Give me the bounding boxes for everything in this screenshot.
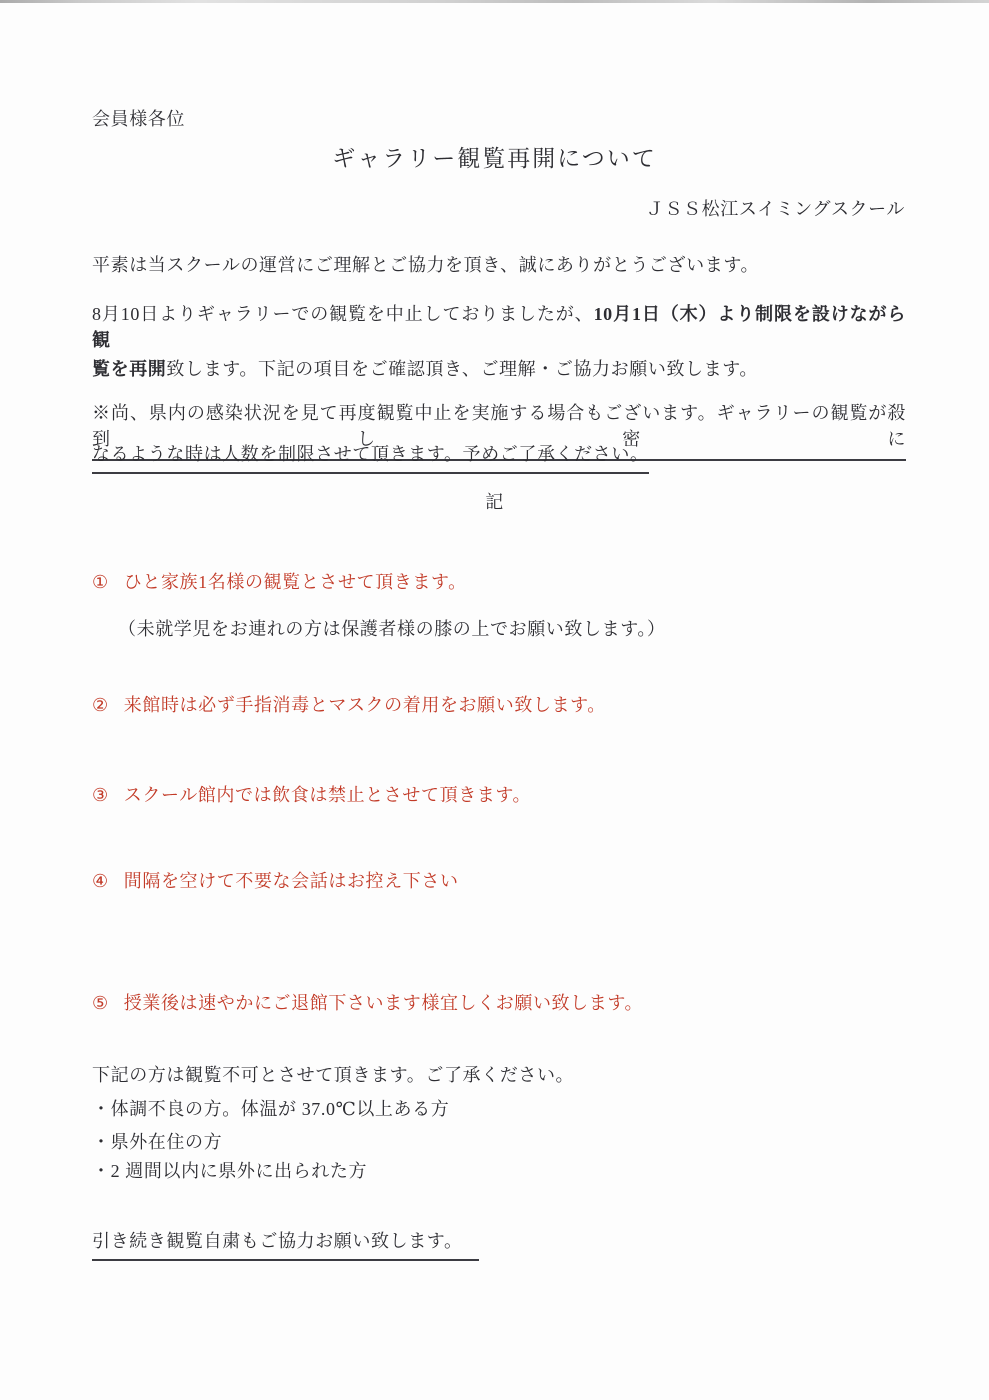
closing-underlined-line: 引き続き観覧自粛もご協力お願い致します。 — [92, 1228, 479, 1261]
rule-text-2: 来館時は必ず手指消毒とマスクの着用をお願い致します。 — [124, 692, 606, 718]
rule-number-4: ④ — [92, 868, 109, 894]
announcement-line-1: 8月10日よりギャラリーでの観覧を中止しておりましたが、10月1日（木）より制限… — [92, 301, 906, 353]
announcement-line-2: 覧を再開致します。下記の項目をご確認頂き、ご理解・ご協力お願い致します。 — [92, 356, 758, 382]
closing-line-text: 引き続き観覧自粛もご協力お願い致します。 — [92, 1228, 479, 1261]
scan-artifact-top-edge — [0, 0, 989, 3]
restriction-bullet-2: ・県外在住の方 — [92, 1129, 222, 1155]
rule-text-5: 授業後は速やかにご退館下さいます様宜しくお願い致します。 — [124, 990, 643, 1016]
restriction-bullet-3: ・2 週間以内に県外に出られた方 — [92, 1158, 367, 1184]
announcement-bold-segment-2: 覧を再開 — [92, 359, 166, 379]
rule-item-3: ③ スクール館内では飲食は禁止とさせて頂きます。 — [92, 782, 531, 808]
restriction-intro: 下記の方は観覧不可とさせて頂きます。ご了承ください。 — [92, 1062, 574, 1088]
rule-item-2: ② 来館時は必ず手指消毒とマスクの着用をお願い致します。 — [92, 692, 606, 718]
rule-1-note: （未就学児をお連れの方は保護者様の膝の上でお願い致します。） — [118, 616, 666, 642]
announcement-normal-segment-2: 致します。下記の項目をご確認頂き、ご理解・ご協力お願い致します。 — [166, 359, 758, 379]
rule-number-2: ② — [92, 692, 109, 718]
caution-line-2-text: なるような時は人数を制限させて頂きます。予めご了承ください。 — [92, 441, 649, 474]
rule-item-5: ⑤ 授業後は速やかにご退館下さいます様宜しくお願い致します。 — [92, 990, 643, 1016]
ki-section-marker: 記 — [0, 489, 989, 515]
caution-underlined-line-2: なるような時は人数を制限させて頂きます。予めご了承ください。 — [92, 441, 649, 474]
rule-number-3: ③ — [92, 782, 109, 808]
rule-text-3: スクール館内では飲食は禁止とさせて頂きます。 — [124, 782, 531, 808]
rule-number-5: ⑤ — [92, 990, 109, 1016]
announcement-normal-segment-1: 8月10日よりギャラリーでの観覧を中止しておりましたが、 — [92, 304, 594, 324]
restriction-bullet-1: ・体調不良の方。体温が 37.0℃以上ある方 — [92, 1096, 449, 1122]
rule-item-1: ① ひと家族1名様の観覧とさせて頂きます。 — [92, 569, 467, 595]
greeting-paragraph: 平素は当スクールの運営にご理解とご協力を頂き、誠にありがとうございます。 — [92, 252, 759, 278]
sender-line: ＪＳＳ松江スイミングスクール — [646, 196, 905, 222]
rule-text-1: ひと家族1名様の観覧とさせて頂きます。 — [124, 569, 467, 595]
recipient-line: 会員様各位 — [92, 106, 185, 132]
rule-number-1: ① — [92, 569, 109, 595]
rule-text-4: 間隔を空けて不要な会話はお控え下さい — [124, 868, 459, 894]
rule-item-4: ④ 間隔を空けて不要な会話はお控え下さい — [92, 868, 459, 894]
document-title: ギャラリー観覧再開について — [0, 142, 989, 175]
notice-document-page: 会員様各位 ギャラリー観覧再開について ＪＳＳ松江スイミングスクール 平素は当ス… — [0, 0, 989, 1400]
